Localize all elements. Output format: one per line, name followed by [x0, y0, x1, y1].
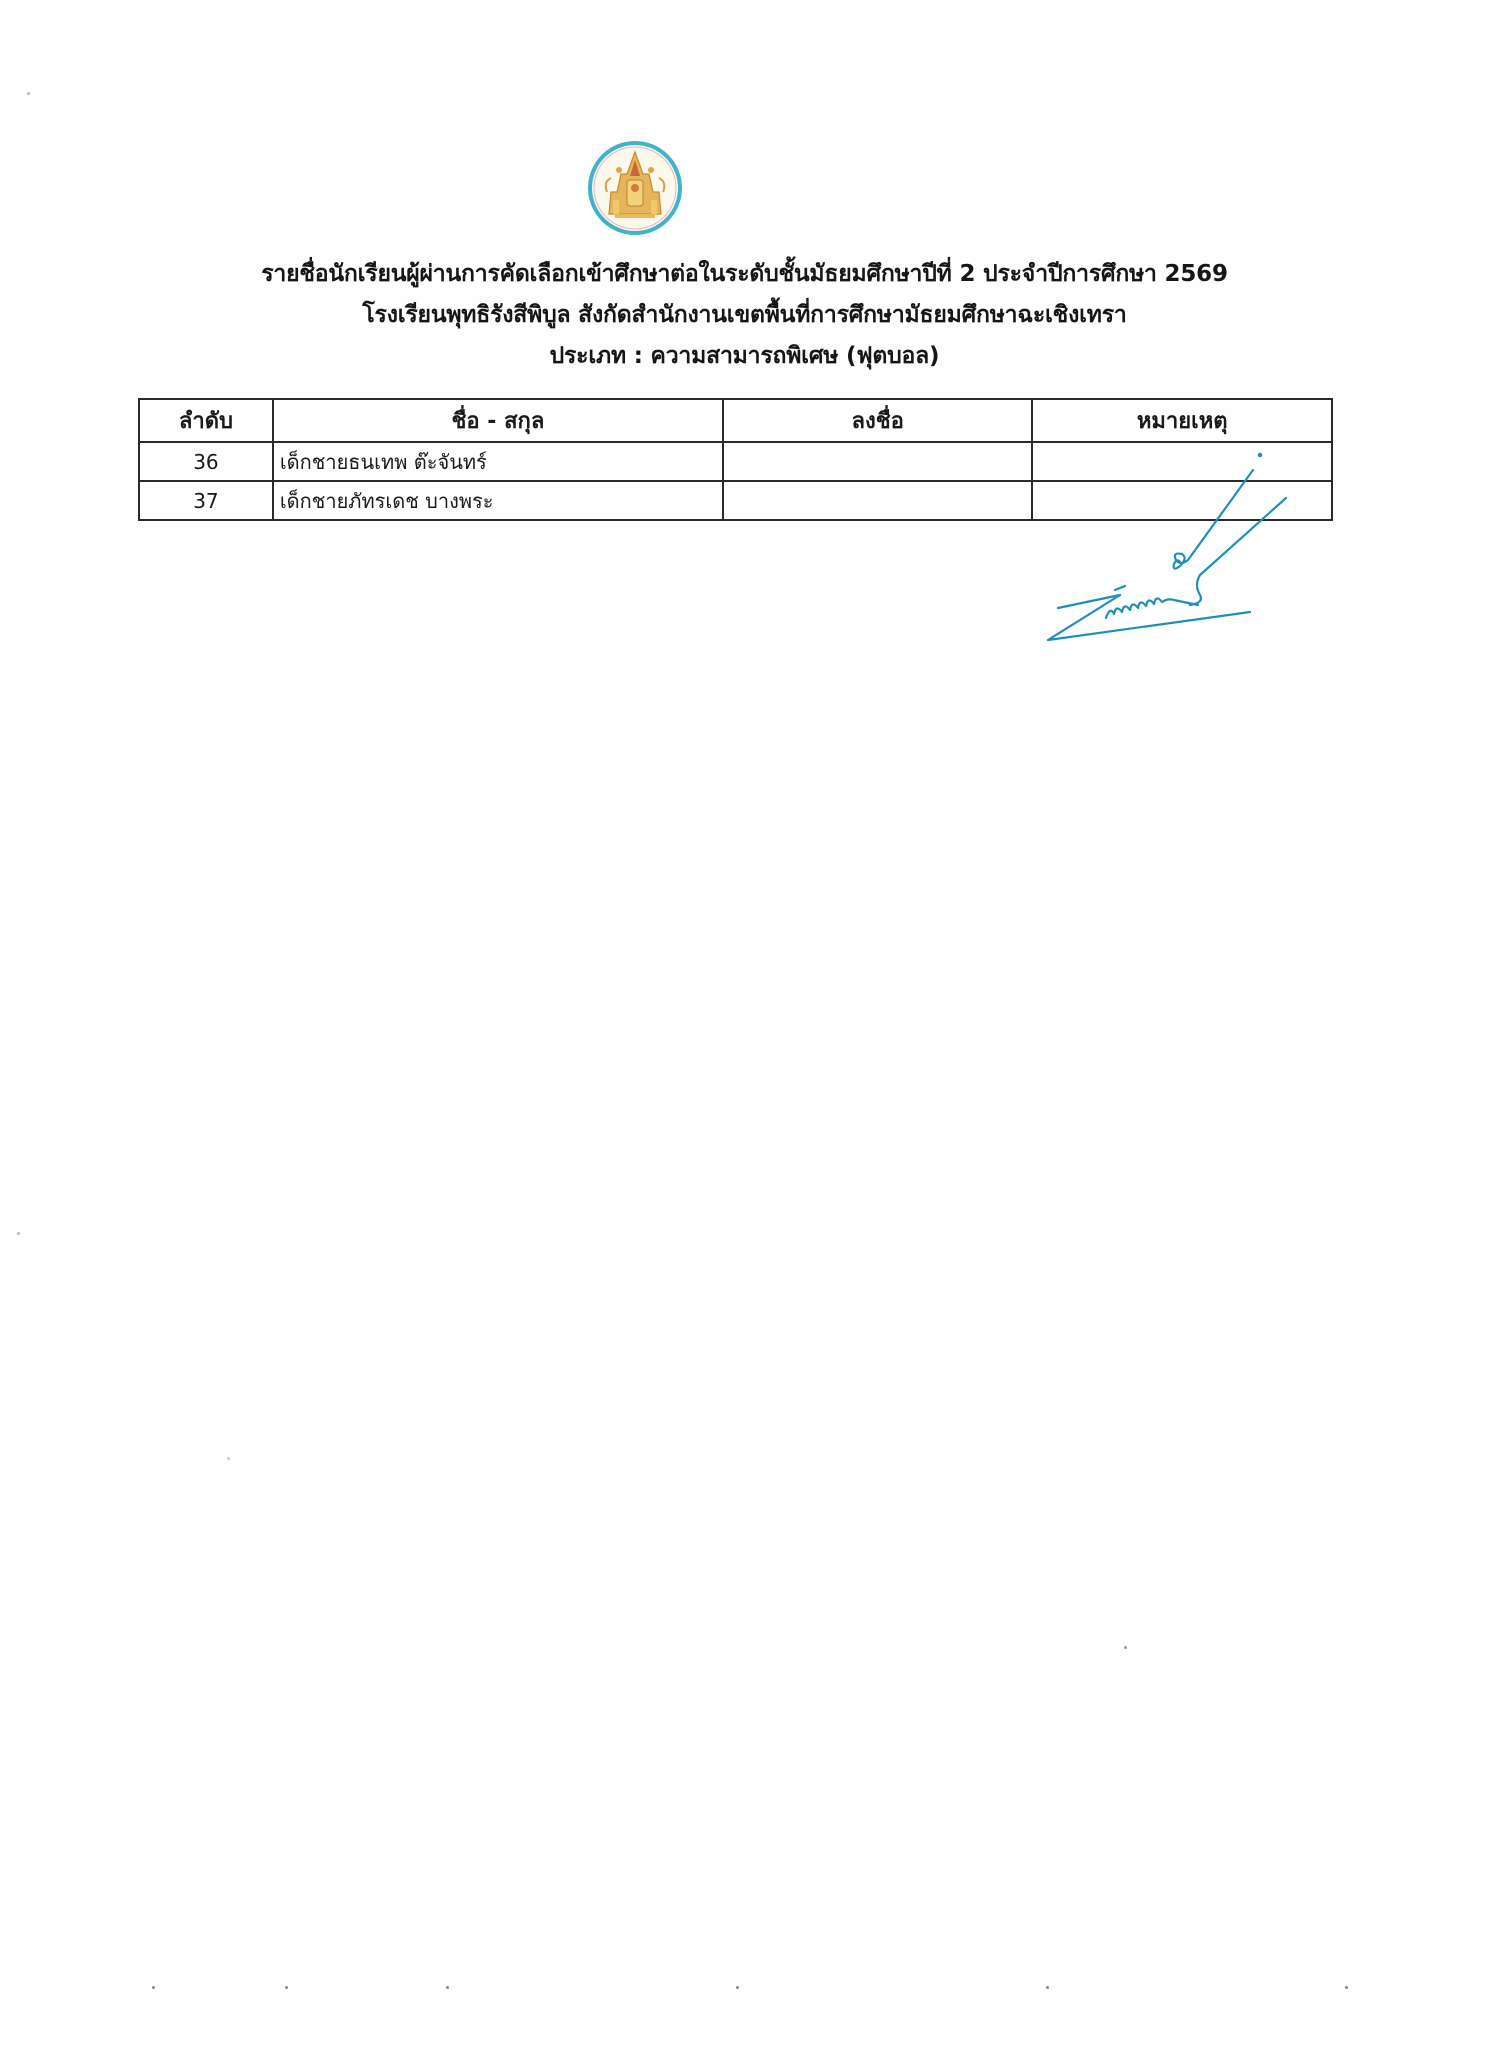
header-order: ลำดับ [139, 399, 273, 442]
row-signature-cell [723, 481, 1032, 520]
signature-icon [1020, 440, 1320, 660]
row-order: 36 [139, 442, 273, 481]
scan-speck [736, 1986, 739, 1989]
scan-speck [17, 1232, 20, 1235]
scan-speck [446, 1986, 449, 1989]
row-order: 37 [139, 481, 273, 520]
title-line-heading: รายชื่อนักเรียนผู้ผ่านการคัดเลือกเข้าศึก… [0, 254, 1489, 295]
document-title: รายชื่อนักเรียนผู้ผ่านการคัดเลือกเข้าศึก… [0, 254, 1489, 377]
table-header-row: ลำดับ ชื่อ - สกุล ลงชื่อ หมายเหตุ [139, 399, 1332, 442]
scan-speck [285, 1986, 288, 1989]
header-signature: ลงชื่อ [723, 399, 1032, 442]
school-emblem-icon [587, 140, 683, 236]
document-page: รายชื่อนักเรียนผู้ผ่านการคัดเลือกเข้าศึก… [0, 0, 1489, 2048]
row-student-name: เด็กชายธนเทพ ต๊ะจันทร์ [273, 442, 723, 481]
row-student-name: เด็กชายภัทรเดช บางพระ [273, 481, 723, 520]
scan-speck [227, 1457, 230, 1460]
title-line-school: โรงเรียนพุทธิรังสีพิบูล สังกัดสำนักงานเข… [0, 295, 1489, 336]
scan-speck [152, 1986, 155, 1989]
scan-speck [1046, 1986, 1049, 1989]
title-line-category: ประเภท : ความสามารถพิเศษ (ฟุตบอล) [0, 336, 1489, 377]
header-name: ชื่อ - สกุล [273, 399, 723, 442]
scan-speck [1124, 1646, 1127, 1649]
scan-speck [1345, 1986, 1348, 1989]
header-remarks: หมายเหตุ [1032, 399, 1332, 442]
scan-speck [27, 92, 30, 95]
row-signature-cell [723, 442, 1032, 481]
